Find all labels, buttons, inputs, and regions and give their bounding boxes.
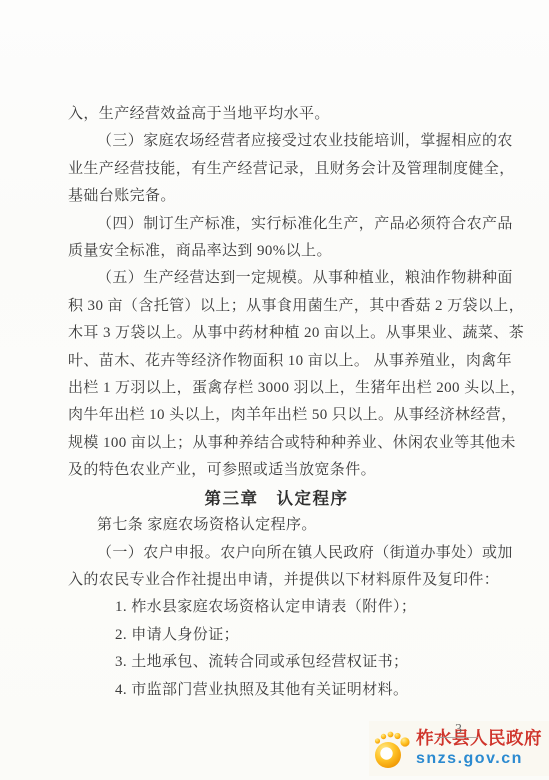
body-line: 出栏 1 万羽以上，蛋禽存栏 3000 羽以上，生猪年出栏 200 头以上， xyxy=(68,375,485,402)
gov-site-url: snzs.gov.cn xyxy=(416,751,542,767)
body-line: 木耳 3 万袋以上。从事中药材种植 20 亩以上。从事果业、蔬菜、茶 xyxy=(68,320,485,347)
scanned-document-page: 入，生产经营效益高于当地平均水平。 （三）家庭农场经营者应接受过农业技能培训，掌… xyxy=(0,0,549,780)
body-line: 质量安全标准，商品率达到 90%以上。 xyxy=(68,238,485,265)
list-item: 2. 申请人身份证； xyxy=(68,622,485,649)
body-line: 业生产经营技能，有生产经营记录，且财务会计及管理制度健全， xyxy=(68,156,485,183)
page-number: 3 xyxy=(455,722,462,738)
body-line: 肉牛年出栏 10 头以上，肉羊年出栏 50 只以上。从事经济林经营， xyxy=(68,402,485,429)
list-item: 3. 土地承包、流转合同或承包经营权证书； xyxy=(68,649,485,676)
body-line: （五）生产经营达到一定规模。从事种植业，粮油作物耕种面 xyxy=(68,265,485,292)
body-line: 入，生产经营效益高于当地平均水平。 xyxy=(68,101,485,128)
body-line: （一）农户申报。农户向所在镇人民政府（街道办事处）或加 xyxy=(68,540,485,567)
watermark-text: 柞水县人民政府 snzs.gov.cn xyxy=(416,730,542,767)
body-line: 基础台账完备。 xyxy=(68,183,485,210)
list-item: 4. 市监部门营业执照及其他有关证明材料。 xyxy=(68,677,485,704)
document-body: 入，生产经营效益高于当地平均水平。 （三）家庭农场经营者应接受过农业技能培训，掌… xyxy=(68,101,485,704)
section-heading: 第三章 认定程序 xyxy=(68,485,485,512)
footprint-logo-icon xyxy=(371,727,411,771)
body-line: 积 30 亩（含托管）以上；从事食用菌生产，其中香菇 2 万袋以上， xyxy=(68,293,485,320)
body-line: （四）制订生产标准，实行标准化生产，产品必须符合农产品 xyxy=(68,211,485,238)
body-line: 第七条 家庭农场资格认定程序。 xyxy=(68,512,485,539)
body-line: 规模 100 亩以上；从事种养结合或特种种养业、休闲农业等其他未 xyxy=(68,430,485,457)
body-line: 及的特色农业产业，可参照或适当放宽条件。 xyxy=(68,457,485,484)
gov-org-name: 柞水县人民政府 xyxy=(416,730,542,748)
list-item: 1. 柞水县家庭农场资格认定申请表（附件）； xyxy=(68,594,485,621)
body-line: （三）家庭农场经营者应接受过农业技能培训，掌握相应的农 xyxy=(68,128,485,155)
body-line: 叶、苗木、花卉等经济作物面积 10 亩以上。 从事养殖业，肉禽年 xyxy=(68,348,485,375)
body-line: 入的农民专业合作社提出申请，并提供以下材料原件及复印件： xyxy=(68,567,485,594)
